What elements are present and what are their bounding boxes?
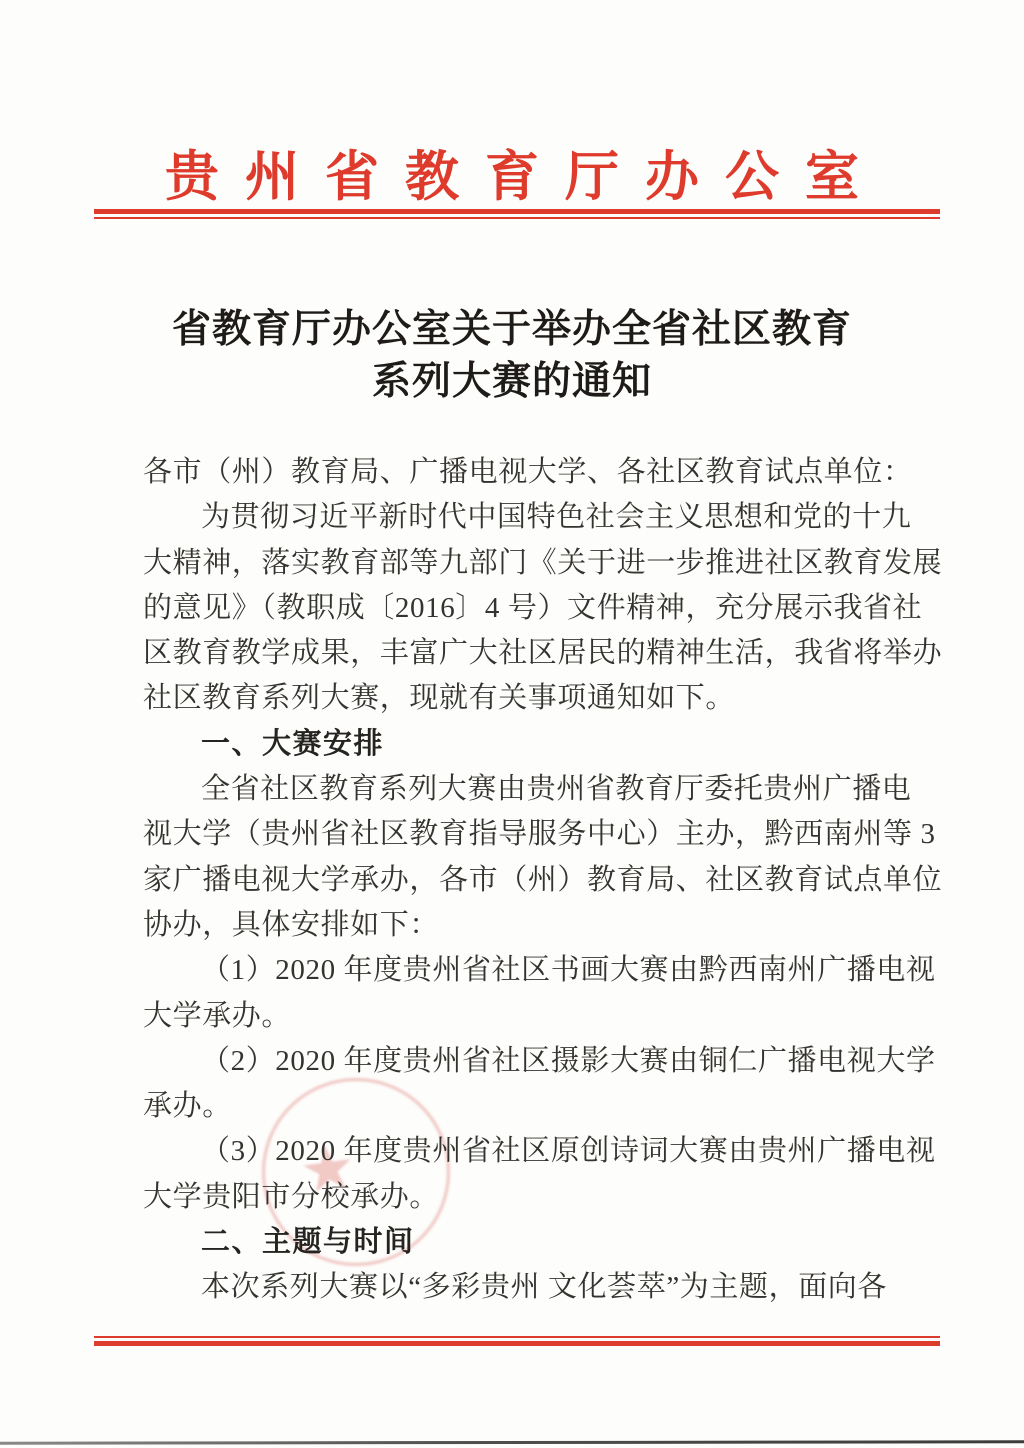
body-text-line: 全省社区教育系列大赛由贵州省教育厅委托贵州广播电: [143, 767, 888, 812]
divider-thick-line: [94, 1341, 940, 1346]
body-text-line: （1）2020 年度贵州省社区书画大赛由黔西南州广播电视: [143, 948, 888, 993]
letterhead-divider-rule: [94, 209, 940, 219]
document-title-line2: 系列大赛的通知: [0, 356, 1024, 408]
body-text-line: 家广播电视大学承办，各市（州）教育局、社区教育试点单位: [143, 858, 888, 903]
body-text-line: 区教育教学成果，丰富广大社区居民的精神生活，我省将举办: [143, 631, 888, 676]
body-text-line: 视大学（贵州省社区教育指导服务中心）主办，黔西南州等 3: [143, 812, 888, 857]
body-text-line: 为贯彻习近平新时代中国特色社会主义思想和党的十九: [143, 495, 888, 540]
scan-edge-shadow: [0, 1440, 1024, 1444]
footer-divider-rule: [94, 1336, 940, 1346]
body-text-line: 大精神，落实教育部等九部门《关于进一步推进社区教育发展: [143, 541, 888, 586]
body-text-line: 大学贵阳市分校承办。: [143, 1175, 888, 1220]
body-text-line: 承办。: [143, 1084, 888, 1129]
document-title-line1: 省教育厅办公室关于举办全省社区教育: [0, 304, 1024, 356]
document-body: 各市（州）教育局、广播电视大学、各社区教育试点单位：为贯彻习近平新时代中国特色社…: [143, 450, 888, 1311]
scanned-document-page: 贵州省教育厅办公室 省教育厅办公室关于举办全省社区教育 系列大赛的通知 ★ 各市…: [0, 0, 1024, 1448]
body-text-line: 本次系列大赛以“多彩贵州 文化荟萃”为主题，面向各: [143, 1265, 888, 1310]
body-text-line: 二、主题与时间: [143, 1220, 888, 1265]
body-text-line: 一、大赛安排: [143, 722, 888, 767]
body-text-line: （2）2020 年度贵州省社区摄影大赛由铜仁广播电视大学: [143, 1039, 888, 1084]
divider-thin-line: [94, 217, 940, 219]
letterhead-org-name: 贵州省教育厅办公室: [0, 134, 1024, 211]
body-text-line: 社区教育系列大赛，现就有关事项通知如下。: [143, 676, 888, 721]
body-text-line: 的意见》（教职成〔2016〕4 号）文件精神，充分展示我省社: [143, 586, 888, 631]
body-text-line: （3）2020 年度贵州省社区原创诗词大赛由贵州广播电视: [143, 1129, 888, 1174]
body-text-line: 各市（州）教育局、广播电视大学、各社区教育试点单位：: [143, 450, 888, 495]
document-title: 省教育厅办公室关于举办全省社区教育 系列大赛的通知: [0, 304, 1024, 408]
body-text-line: 协办，具体安排如下：: [143, 903, 888, 948]
body-text-line: 大学承办。: [143, 994, 888, 1039]
